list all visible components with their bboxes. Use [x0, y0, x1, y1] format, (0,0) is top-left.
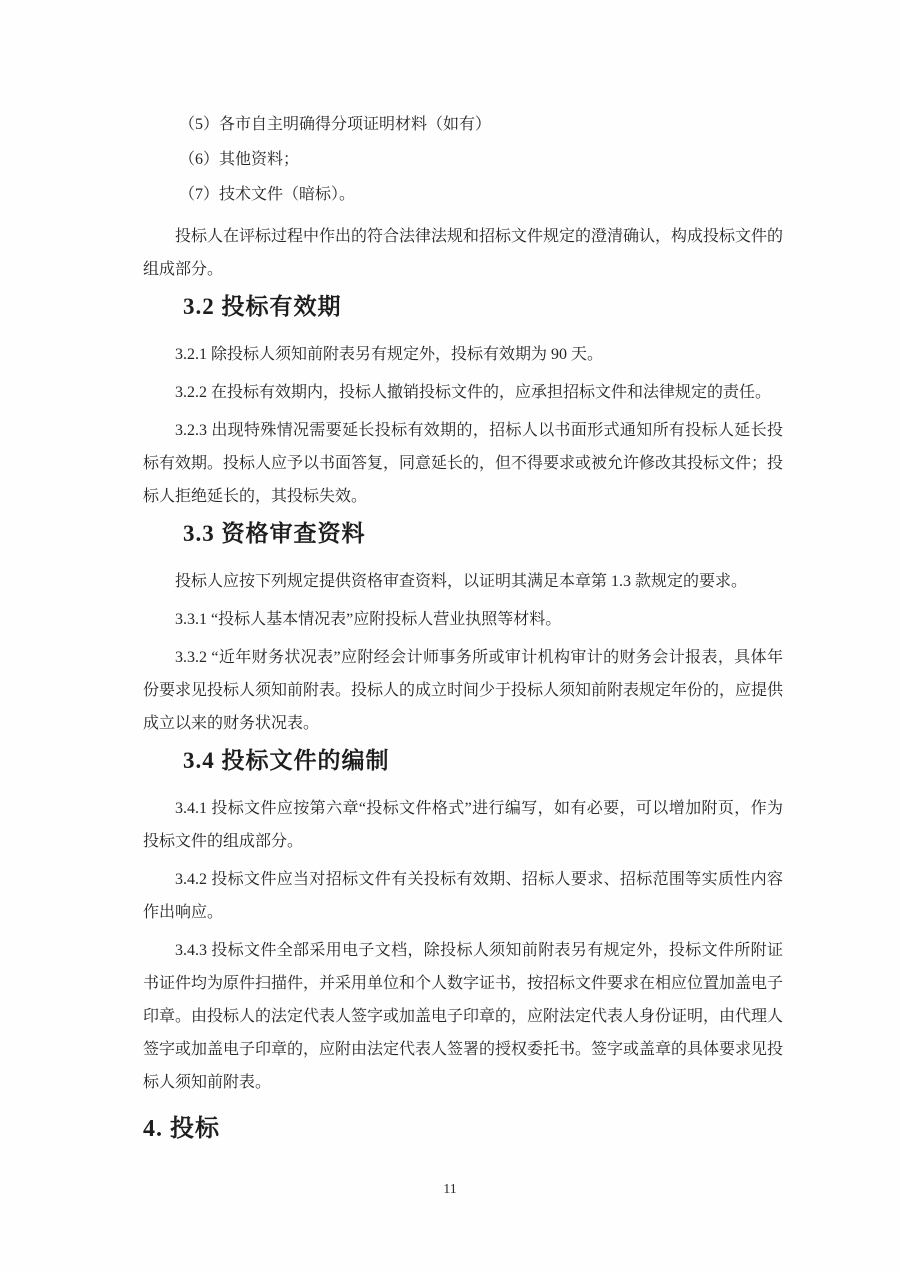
- section-heading-3-2: 3.2 投标有效期: [143, 292, 783, 322]
- clause-3-2-2: 3.2.2 在投标有效期内，投标人撤销投标文件的，应承担招标文件和法律规定的责任…: [143, 376, 783, 409]
- clause-3-4-1: 3.4.1 投标文件应按第六章“投标文件格式”进行编写，如有必要，可以增加附页，…: [143, 792, 783, 858]
- clause-3-3-2: 3.3.2 “近年财务状况表”应附经会计师事务所或审计机构审计的财务会计报表，具…: [143, 641, 783, 740]
- clause-3-2-3: 3.2.3 出现特殊情况需要延长投标有效期的，招标人以书面形式通知所有投标人延长…: [143, 414, 783, 513]
- section-heading-3-3: 3.3 资格审查资料: [143, 519, 783, 549]
- clause-3-3-intro: 投标人应按下列规定提供资格审查资料，以证明其满足本章第 1.3 款规定的要求。: [143, 565, 783, 598]
- document-page: （5）各市自主明确得分项证明材料（如有） （6）其他资料； （7）技术文件（暗标…: [0, 0, 900, 1272]
- list-item-7: （7）技术文件（暗标）。: [143, 180, 783, 210]
- clause-3-2-1: 3.2.1 除投标人须知前附表另有规定外，投标有效期为 90 天。: [143, 338, 783, 371]
- document-content: （5）各市自主明确得分项证明材料（如有） （6）其他资料； （7）技术文件（暗标…: [143, 110, 783, 1145]
- clause-3-3-1: 3.3.1 “投标人基本情况表”应附投标人营业执照等材料。: [143, 603, 783, 636]
- list-item-6: （6）其他资料；: [143, 145, 783, 175]
- clause-3-4-2: 3.4.2 投标文件应当对招标文件有关投标有效期、招标人要求、招标范围等实质性内…: [143, 863, 783, 929]
- list-item-5: （5）各市自主明确得分项证明材料（如有）: [143, 110, 783, 140]
- page-number: 11: [0, 1182, 900, 1198]
- chapter-heading-4: 4. 投标: [143, 1113, 783, 1145]
- section-heading-3-4: 3.4 投标文件的编制: [143, 746, 783, 776]
- clarification-paragraph: 投标人在评标过程中作出的符合法律法规和招标文件规定的澄清确认，构成投标文件的组成…: [143, 220, 783, 286]
- clause-3-4-3: 3.4.3 投标文件全部采用电子文档，除投标人须知前附表另有规定外，投标文件所附…: [143, 934, 783, 1099]
